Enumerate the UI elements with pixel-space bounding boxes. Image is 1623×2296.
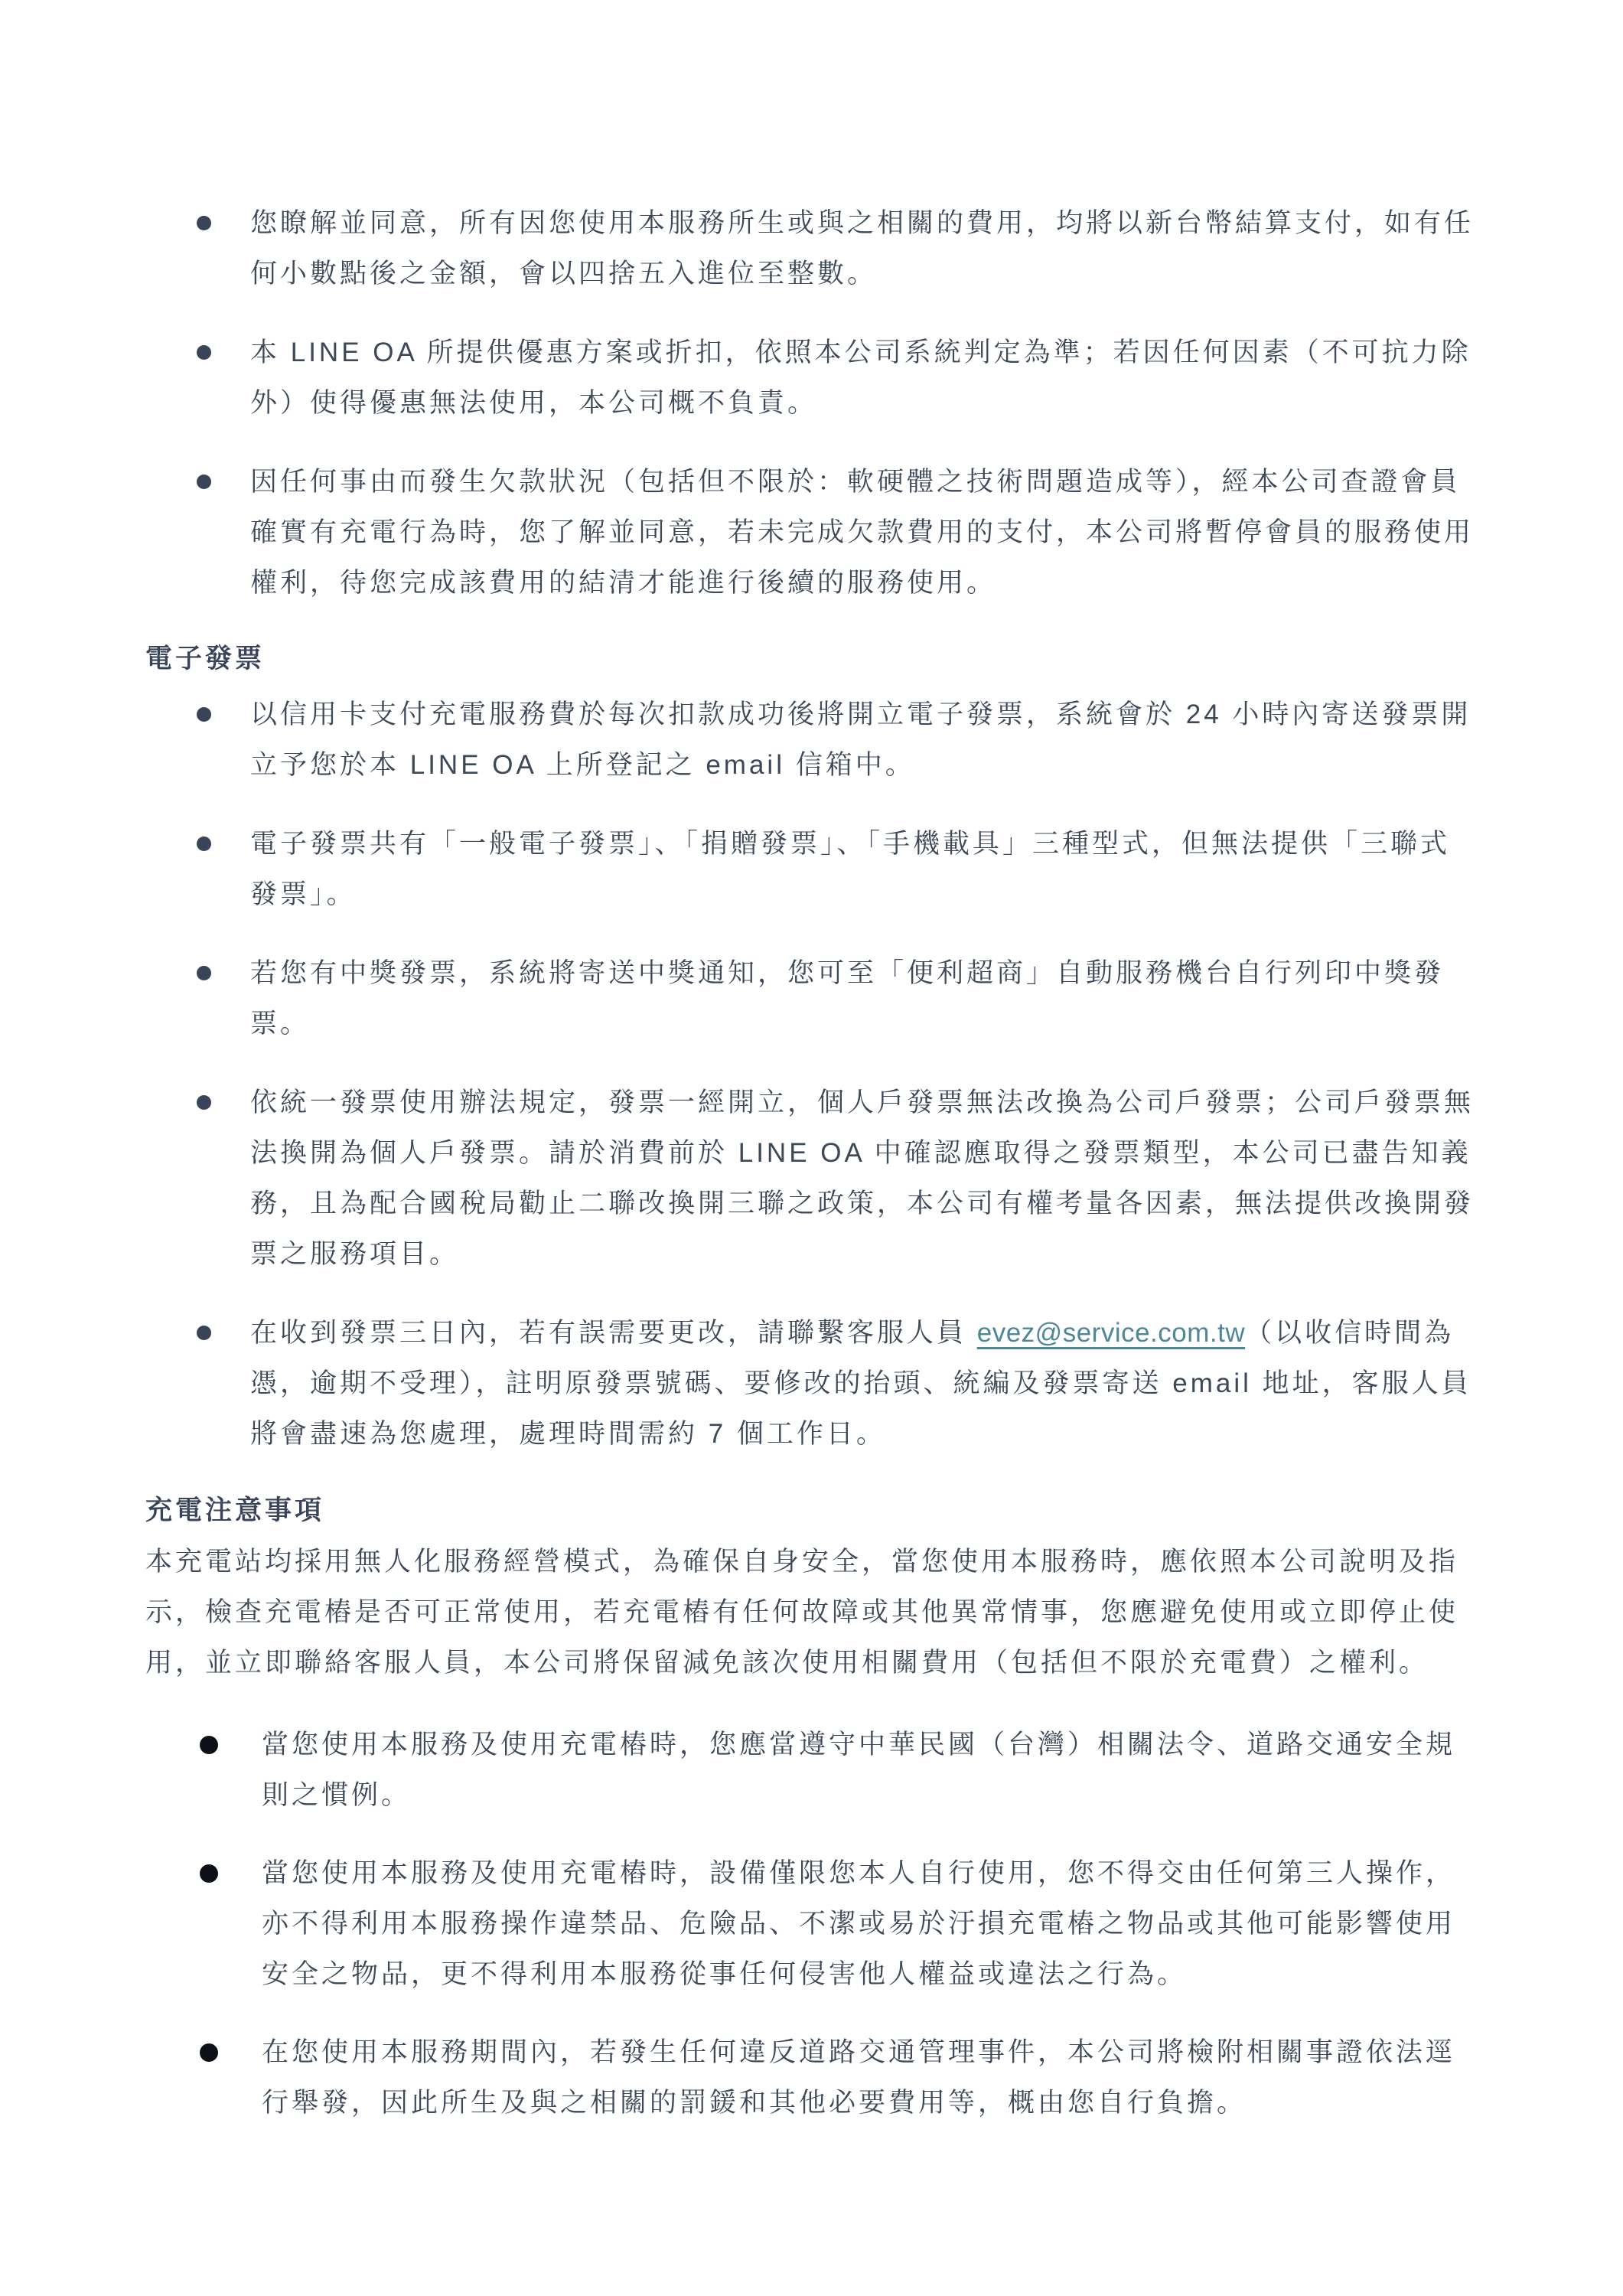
section-heading-invoice: 電子發票 [145,634,1477,684]
support-email-link[interactable]: evez@service.com.tw [977,1318,1245,1348]
section-heading-charging: 充電注意事項 [145,1486,1477,1536]
list-item: 因任何事由而發生欠款狀況（包括但不限於：軟硬體之技術問題造成等），經本公司查證會… [145,457,1477,608]
list-item-text: 您瞭解並同意，所有因您使用本服務所生或與之相關的費用，均將以新台幣結算支付，如有… [250,208,1474,289]
charging-list: 當您使用本服務及使用充電樁時，您應當遵守中華民國（台灣）相關法令、道路交通安全規… [145,1720,1477,2128]
list-item-text: 當您使用本服務及使用充電樁時，您應當遵守中華民國（台灣）相關法令、道路交通安全規… [262,1730,1455,1810]
general-terms-list: 您瞭解並同意，所有因您使用本服務所生或與之相關的費用，均將以新台幣結算支付，如有… [145,198,1477,608]
charging-intro-paragraph: 本充電站均採用無人化服務經營模式，為確保自身安全，當您使用本服務時，應依照本公司… [145,1537,1477,1688]
list-item: 依統一發票使用辦法規定，發票一經開立，個人戶發票無法改換為公司戶發票；公司戶發票… [145,1078,1477,1280]
list-item: 電子發票共有「一般電子發票」、「捐贈發票」、「手機載具」三種型式，但無法提供「三… [145,819,1477,920]
list-item: 若您有中獎發票，系統將寄送中獎通知，您可至「便利超商」自動服務機台自行列印中獎發… [145,948,1477,1049]
list-item-text: 若您有中獎發票，系統將寄送中獎通知，您可至「便利超商」自動服務機台自行列印中獎發… [250,958,1444,1039]
invoice-list: 以信用卡支付充電服務費於每次扣款成功後將開立電子發票，系統會於 24 小時內寄送… [145,690,1477,1459]
list-item: 當您使用本服務及使用充電樁時，您應當遵守中華民國（台灣）相關法令、道路交通安全規… [145,1720,1477,1821]
list-item-text: 在您使用本服務期間內，若發生任何違反道路交通管理事件，本公司將檢附相關事證依法逕… [262,2037,1455,2118]
list-item-text: 以信用卡支付充電服務費於每次扣款成功後將開立電子發票，系統會於 24 小時內寄送… [250,700,1471,780]
list-item-text: 當您使用本服務及使用充電樁時，設備僅限您本人自行使用，您不得交由任何第三人操作，… [262,1858,1455,1989]
list-item-text: 因任何事由而發生欠款狀況（包括但不限於：軟硬體之技術問題造成等），經本公司查證會… [250,467,1474,598]
list-item-text: 依統一發票使用辦法規定，發票一經開立，個人戶發票無法改換為公司戶發票；公司戶發票… [250,1088,1474,1269]
list-item: 當您使用本服務及使用充電樁時，設備僅限您本人自行使用，您不得交由任何第三人操作，… [145,1848,1477,2000]
list-item: 您瞭解並同意，所有因您使用本服務所生或與之相關的費用，均將以新台幣結算支付，如有… [145,198,1477,299]
document-page: 您瞭解並同意，所有因您使用本服務所生或與之相關的費用，均將以新台幣結算支付，如有… [0,0,1623,2296]
list-item-text: 在收到發票三日內，若有誤需要更改，請聯繫客服人員 [250,1318,977,1348]
list-item-text: 電子發票共有「一般電子發票」、「捐贈發票」、「手機載具」三種型式，但無法提供「三… [250,829,1450,909]
list-item: 在收到發票三日內，若有誤需要更改，請聯繫客服人員 evez@service.co… [145,1308,1477,1459]
list-item: 以信用卡支付充電服務費於每次扣款成功後將開立電子發票，系統會於 24 小時內寄送… [145,690,1477,791]
list-item: 本 LINE OA 所提供優惠方案或折扣，依照本公司系統判定為準；若因任何因素（… [145,328,1477,429]
list-item: 在您使用本服務期間內，若發生任何違反道路交通管理事件，本公司將檢附相關事證依法逕… [145,2027,1477,2128]
list-item-text: 本 LINE OA 所提供優惠方案或折扣，依照本公司系統判定為準；若因任何因素（… [250,338,1471,418]
